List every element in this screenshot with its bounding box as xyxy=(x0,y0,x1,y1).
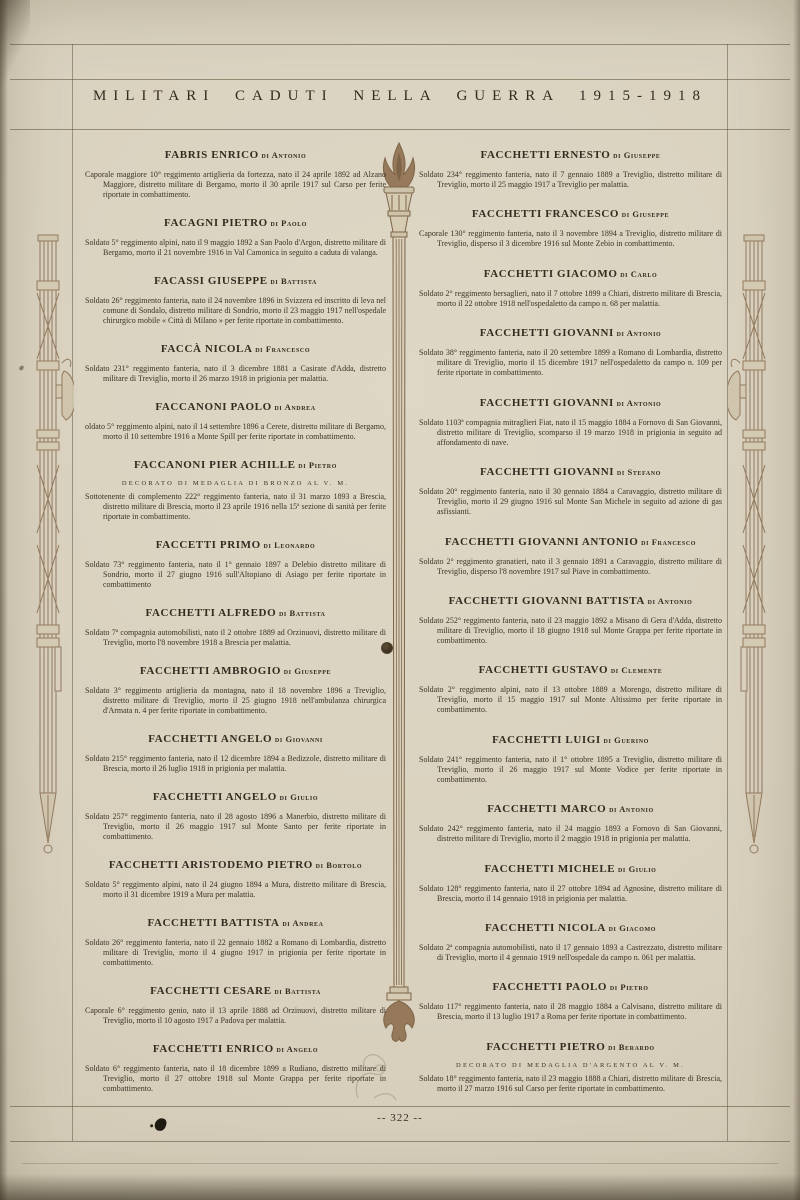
soldier-entry: FACCHETTI ANGELO di GiulioSoldato 257° r… xyxy=(85,784,386,842)
soldier-name: FACCHETTI MICHELE di Giulio xyxy=(419,856,722,878)
soldier-record: Soldato 215° reggimento fanteria, nato i… xyxy=(85,754,386,774)
soldier-father: di Giacomo xyxy=(606,923,656,933)
soldier-name: FACCHETTI FRANCESCO di Giuseppe xyxy=(419,201,722,223)
soldier-entry: FACCHETTI GIOVANNI ANTONIO di FrancescoS… xyxy=(419,529,722,577)
soldier-name: FACCHETTI LUIGI di Guerino xyxy=(419,727,722,749)
soldier-entry: FACCHETTI ARISTODEMO PIETRO di BortoloSo… xyxy=(85,852,386,900)
soldier-record: Soldato 234° reggimento fanteria, nato i… xyxy=(419,170,722,190)
soldier-name: FACCHETTI GIOVANNI di Stefano xyxy=(419,459,722,481)
soldier-record: Soldato 2° reggimento alpini, nato il 13… xyxy=(419,685,722,715)
soldier-father: di Andrea xyxy=(280,918,324,928)
soldier-fullname: FACCHETTI AMBROGIO xyxy=(140,665,281,677)
soldier-fullname: FACCHETTI MICHELE xyxy=(485,863,616,875)
soldier-entry: FACCHETTI ALFREDO di BattistaSoldato 7ª … xyxy=(85,600,386,648)
soldier-record: Soldato 20° reggimento fanteria, nato il… xyxy=(419,487,722,517)
soldier-father: di Battista xyxy=(268,276,317,286)
soldier-father: di Antonio xyxy=(614,328,661,338)
soldier-entry: FACCHETTI ERNESTO di GiuseppeSoldato 234… xyxy=(419,142,722,190)
soldier-fullname: FACCHETTI GUSTAVO xyxy=(479,664,608,676)
page-title: MILITARI CADUTI NELLA GUERRA 1915-1918 xyxy=(0,88,800,105)
book-page: MILITARI CADUTI NELLA GUERRA 1915-1918 xyxy=(0,0,800,1200)
soldier-fullname: FACCHETTI ARISTODEMO PIETRO xyxy=(109,859,313,871)
soldier-fullname: FACCHETTI ANGELO xyxy=(153,791,277,803)
soldier-entry: FACCHETTI CESARE di BattistaCaporale 6° … xyxy=(85,978,386,1026)
right-frame-rule xyxy=(727,44,728,1141)
soldier-record: Soldato 6° reggimento fanteria, nato il … xyxy=(85,1064,386,1094)
soldier-record: Soldato 257° reggimento fanteria, nato i… xyxy=(85,812,386,842)
left-column: FABRIS ENRICO di AntonioCaporale maggior… xyxy=(85,142,386,1100)
soldier-fullname: FACASSI GIUSEPPE xyxy=(154,275,268,287)
page-left-edge xyxy=(0,0,8,1200)
soldier-record: Sottotenente di complemento 222° reggime… xyxy=(85,492,386,522)
soldier-entry: FACCHETTI AMBROGIO di GiuseppeSoldato 3°… xyxy=(85,658,386,716)
soldier-record: Soldato 252° reggimento fanteria, nato i… xyxy=(419,616,722,646)
soldier-fullname: FACCHETTI ERNESTO xyxy=(481,149,611,161)
soldier-father: di Giulio xyxy=(277,792,318,802)
soldier-fullname: FACCHETTI GIOVANNI BATTISTA xyxy=(449,595,645,607)
soldier-fullname: FACCHETTI GIOVANNI ANTONIO xyxy=(445,536,638,548)
soldier-father: di Berardo xyxy=(605,1042,654,1052)
soldier-name: FACCHETTI GIOVANNI di Antonio xyxy=(419,320,722,342)
soldier-name: FACCANONI PAOLO di Andrea xyxy=(85,394,386,416)
soldier-name: FACCHETTI CESARE di Battista xyxy=(85,978,386,1000)
soldier-fullname: FACCHETTI ANGELO xyxy=(148,733,272,745)
medallion-ornament xyxy=(381,642,393,654)
soldier-fullname: FACCETTI PRIMO xyxy=(156,539,261,551)
soldier-fullname: FACCHETTI LUIGI xyxy=(492,734,601,746)
soldier-father: di Andrea xyxy=(272,402,316,412)
soldier-fullname: FACCHETTI ENRICO xyxy=(153,1043,274,1055)
soldier-name: FACCHETTI ALFREDO di Battista xyxy=(85,600,386,622)
soldier-father: di Battista xyxy=(276,608,325,618)
header-rule-top xyxy=(10,79,790,80)
soldier-name: FACCHETTI GIOVANNI BATTISTA di Antonio xyxy=(419,588,722,610)
footer-rule-bottom xyxy=(10,1141,790,1142)
soldier-record: Soldato 5° reggimento alpini, nato il 24… xyxy=(85,880,386,900)
soldier-father: di Giuseppe xyxy=(619,209,669,219)
soldier-name: FACCHETTI ANGELO di Giulio xyxy=(85,784,386,806)
soldier-entry: FACCHETTI GIOVANNI BATTISTA di AntonioSo… xyxy=(419,588,722,646)
soldier-name: FACCHETTI GUSTAVO di Clemente xyxy=(419,657,722,679)
soldier-name: FACCHETTI ERNESTO di Giuseppe xyxy=(419,142,722,164)
soldier-name: FACCHETTI PAOLO di Pietro xyxy=(419,974,722,996)
soldier-father: di Antonio xyxy=(645,596,692,606)
soldier-name: FABRIS ENRICO di Antonio xyxy=(85,142,386,164)
soldier-entry: FACCHETTI GIOVANNI di AntonioSoldato 38°… xyxy=(419,320,722,378)
soldier-entry: FACCETTI PRIMO di LeonardoSoldato 73° re… xyxy=(85,532,386,590)
margin-speck xyxy=(18,365,24,371)
soldier-record: Soldato 26° reggimento fanteria, nato il… xyxy=(85,938,386,968)
soldier-father: di Angelo xyxy=(274,1044,318,1054)
soldier-fullname: FACCHETTI CESARE xyxy=(150,985,272,997)
soldier-fullname: FACCHETTI GIOVANNI xyxy=(480,327,614,339)
soldier-record: Soldato 231° reggimento fanteria, nato i… xyxy=(85,364,386,384)
soldier-name: FACCÀ NICOLA di Francesco xyxy=(85,336,386,358)
soldier-fullname: FACCHETTI ALFREDO xyxy=(146,607,277,619)
soldier-entry: FACCHETTI GUSTAVO di ClementeSoldato 2° … xyxy=(419,657,722,715)
soldier-father: di Giovanni xyxy=(272,734,323,744)
honor-line: DECORATO DI MEDAGLIA DI BRONZO AL V. M. xyxy=(85,480,386,487)
soldier-father: di Pietro xyxy=(296,460,337,470)
soldier-entry: FACCHETTI PAOLO di PietroSoldato 117° re… xyxy=(419,974,722,1022)
soldier-record: Soldato 38° reggimento fanteria, nato il… xyxy=(419,348,722,378)
soldier-record: Soldato 2° reggimento bersaglieri, nato … xyxy=(419,289,722,309)
soldier-entry: FACCHETTI GIACOMO di CarloSoldato 2° reg… xyxy=(419,261,722,309)
soldier-fullname: FACCHETTI GIOVANNI xyxy=(480,466,614,478)
soldier-fullname: FACCANONI PAOLO xyxy=(155,401,271,413)
soldier-entry: FACCHETTI LUIGI di GuerinoSoldato 241° r… xyxy=(419,727,722,785)
soldier-father: di Paolo xyxy=(268,218,307,228)
soldier-fullname: FACCÀ NICOLA xyxy=(161,343,253,355)
soldier-entry: FACCHETTI FRANCESCO di GiuseppeCaporale … xyxy=(419,201,722,249)
soldier-name: FACCHETTI GIOVANNI ANTONIO di Francesco xyxy=(419,529,722,551)
soldier-record: Soldato 26° reggimento fanteria, nato il… xyxy=(85,296,386,326)
soldier-fullname: FACCHETTI PAOLO xyxy=(492,981,607,993)
soldier-father: di Giulio xyxy=(615,864,656,874)
soldier-entry: FACCHETTI MARCO di AntonioSoldato 242° r… xyxy=(419,796,722,844)
soldier-entry: FACCHETTI GIOVANNI di StefanoSoldato 20°… xyxy=(419,459,722,517)
header-rule-bottom xyxy=(10,129,790,130)
honor-line: DECORATO DI MEDAGLIA D'ARGENTO AL V. M. xyxy=(419,1062,722,1069)
top-outer-rule xyxy=(10,44,790,45)
soldier-entry: FACASSI GIUSEPPE di BattistaSoldato 26° … xyxy=(85,268,386,326)
soldier-name: FACCHETTI PIETRO di Berardo xyxy=(419,1034,722,1056)
page-right-edge xyxy=(793,0,800,1200)
soldier-fullname: FACCHETTI BATTISTA xyxy=(147,917,279,929)
soldier-name: FACASSI GIUSEPPE di Battista xyxy=(85,268,386,290)
soldier-record: Soldato 18° reggimento fanteria, nato il… xyxy=(419,1074,722,1094)
soldier-father: di Bortolo xyxy=(313,860,362,870)
soldier-entry: FABRIS ENRICO di AntonioCaporale maggior… xyxy=(85,142,386,200)
soldier-fullname: FACCANONI PIER ACHILLE xyxy=(134,459,296,471)
soldier-entry: FACCHETTI NICOLA di GiacomoSoldato 2ª co… xyxy=(419,915,722,963)
soldier-father: di Francesco xyxy=(253,344,311,354)
soldier-name: FACAGNI PIETRO di Paolo xyxy=(85,210,386,232)
soldier-fullname: FACCHETTI FRANCESCO xyxy=(472,208,619,220)
soldier-record: Soldato 117° reggimento fanteria, nato i… xyxy=(419,1002,722,1022)
soldier-father: di Antonio xyxy=(259,150,306,160)
footer-rule-top xyxy=(10,1106,790,1107)
fasces-icon xyxy=(728,233,780,855)
page-number: -- 322 -- xyxy=(0,1112,800,1124)
soldier-name: FACCHETTI AMBROGIO di Giuseppe xyxy=(85,658,386,680)
soldier-record: Caporale maggiore 10° reggimento artigli… xyxy=(85,170,386,200)
soldier-father: di Giuseppe xyxy=(610,150,660,160)
soldier-record: Caporale 6° reggimento genio, nato il 13… xyxy=(85,1006,386,1026)
soldier-record: Soldato 242° reggimento fanteria, nato i… xyxy=(419,824,722,844)
soldier-name: FACCHETTI GIACOMO di Carlo xyxy=(419,261,722,283)
right-column: FACCHETTI ERNESTO di GiuseppeSoldato 234… xyxy=(419,142,722,1100)
soldier-father: di Antonio xyxy=(614,398,661,408)
soldier-name: FACCHETTI BATTISTA di Andrea xyxy=(85,910,386,932)
soldier-entry: FACCHETTI PIETRO di BerardoDECORATO DI M… xyxy=(419,1034,722,1094)
soldier-father: di Carlo xyxy=(617,269,657,279)
soldier-fullname: FABRIS ENRICO xyxy=(165,149,259,161)
soldier-father: di Guerino xyxy=(601,735,649,745)
soldier-entry: FACCHETTI ANGELO di GiovanniSoldato 215°… xyxy=(85,726,386,774)
soldier-record: Caporale 130° reggimento fanteria, nato … xyxy=(419,229,722,249)
soldier-entry: FACCHETTI MICHELE di GiulioSoldato 128° … xyxy=(419,856,722,904)
soldier-entry: FACCANONI PIER ACHILLE di PietroDECORATO… xyxy=(85,452,386,522)
soldier-record: Soldato 241° reggimento fanteria, nato i… xyxy=(419,755,722,785)
soldier-father: di Giuseppe xyxy=(281,666,331,676)
soldier-father: di Leonardo xyxy=(261,540,315,550)
scanned-page-photo: MILITARI CADUTI NELLA GUERRA 1915-1918 xyxy=(0,0,800,1200)
soldier-name: FACCHETTI NICOLA di Giacomo xyxy=(419,915,722,937)
soldier-fullname: FACCHETTI GIACOMO xyxy=(484,268,618,280)
soldier-fullname: FACCHETTI PIETRO xyxy=(486,1041,605,1053)
soldier-name: FACCHETTI ENRICO di Angelo xyxy=(85,1036,386,1058)
soldier-fullname: FACCHETTI GIOVANNI xyxy=(480,397,614,409)
soldier-record: oldato 5° reggimento alpini, nato il 14 … xyxy=(85,422,386,442)
soldier-entry: FACCHETTI BATTISTA di AndreaSoldato 26° … xyxy=(85,910,386,968)
soldier-fullname: FACCHETTI MARCO xyxy=(487,803,606,815)
soldier-record: Soldato 3° reggimento artiglieria da mon… xyxy=(85,686,386,716)
soldier-entry: FACCÀ NICOLA di FrancescoSoldato 231° re… xyxy=(85,336,386,384)
soldier-name: FACCHETTI ARISTODEMO PIETRO di Bortolo xyxy=(85,852,386,874)
soldier-name: FACCETTI PRIMO di Leonardo xyxy=(85,532,386,554)
soldier-entry: FACCHETTI ENRICO di AngeloSoldato 6° reg… xyxy=(85,1036,386,1094)
page-bottom-edge-line xyxy=(22,1163,778,1164)
fasces-icon xyxy=(22,233,74,855)
soldier-father: di Antonio xyxy=(606,804,653,814)
soldier-entry: FACAGNI PIETRO di PaoloSoldato 5° reggim… xyxy=(85,210,386,258)
left-frame-rule xyxy=(72,44,73,1141)
soldier-name: FACCHETTI GIOVANNI di Antonio xyxy=(419,390,722,412)
soldier-father: di Pietro xyxy=(607,982,648,992)
soldier-name: FACCHETTI MARCO di Antonio xyxy=(419,796,722,818)
soldier-name: FACCANONI PIER ACHILLE di Pietro xyxy=(85,452,386,474)
soldier-fullname: FACCHETTI NICOLA xyxy=(485,922,606,934)
soldier-record: Soldato 2ª compagnia automobilisti, nato… xyxy=(419,943,722,963)
soldier-record: Soldato 1103ª compagnia mitraglieri Fiat… xyxy=(419,418,722,448)
soldier-record: Soldato 5° reggimento alpini, nato il 9 … xyxy=(85,238,386,258)
soldier-father: di Clemente xyxy=(608,665,662,675)
soldier-father: di Battista xyxy=(272,986,321,996)
page-bottom-edge xyxy=(0,1174,800,1200)
soldier-entry: FACCANONI PAOLO di Andreaoldato 5° reggi… xyxy=(85,394,386,442)
soldier-record: Soldato 73° reggimento fanteria, nato il… xyxy=(85,560,386,590)
soldier-record: Soldato 7ª compagnia automobilisti, nato… xyxy=(85,628,386,648)
soldier-fullname: FACAGNI PIETRO xyxy=(164,217,268,229)
soldier-record: Soldato 2° reggimento granatieri, nato i… xyxy=(419,557,722,577)
soldier-name: FACCHETTI ANGELO di Giovanni xyxy=(85,726,386,748)
soldier-entry: FACCHETTI GIOVANNI di AntonioSoldato 110… xyxy=(419,390,722,448)
soldier-record: Soldato 128° reggimento fanteria, nato i… xyxy=(419,884,722,904)
soldier-father: di Stefano xyxy=(614,467,661,477)
soldier-father: di Francesco xyxy=(638,537,696,547)
